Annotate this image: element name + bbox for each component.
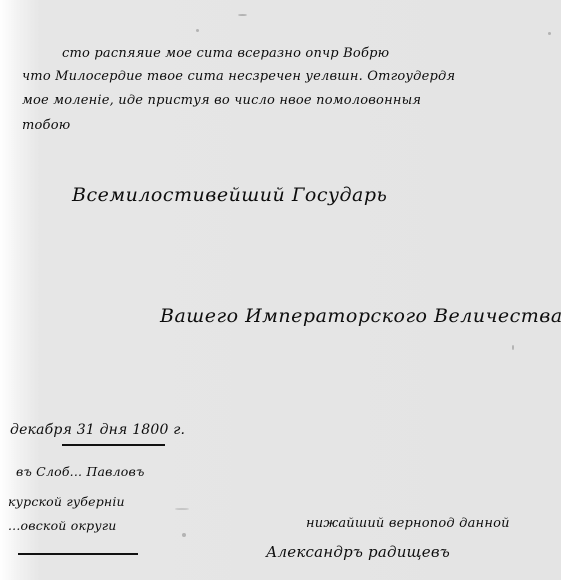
date-line: декабря 31 дня 1800 г. [10, 422, 185, 438]
date-underline [62, 444, 165, 446]
salutation: Всемилостивейший Государь [72, 184, 387, 206]
signature-line-1: нижайший вернопод данной [306, 516, 510, 531]
document-page: сто распяяие мое сита всеразно опчр Вобр… [0, 0, 561, 580]
place-line-3: ...овской округи [8, 518, 117, 533]
body-line-4: тобою [22, 118, 70, 133]
date-day: 31 дня [77, 422, 128, 438]
paper-speck [238, 14, 247, 16]
paper-speck [182, 533, 186, 537]
paper-speck [512, 345, 514, 350]
place-line-1: въ Слоб... Павловъ [16, 464, 144, 479]
paper-speck [175, 508, 189, 510]
date-month: декабря [10, 422, 72, 438]
body-line-3: мое моленіе, иде пристуя во число нвое п… [22, 93, 421, 108]
signature-line-2: Александръ радищевъ [266, 543, 450, 561]
place-underline [18, 553, 138, 555]
closing-title: Вашего Императорского Величества [160, 305, 561, 327]
paper-speck [548, 32, 551, 35]
date-year: 1800 г. [132, 422, 185, 438]
body-line-1: сто распяяие мое сита всеразно опчр Вобр… [62, 46, 389, 61]
paper-speck [196, 29, 199, 32]
body-line-2: что Милосердие твое сита несзречен уелвш… [22, 69, 455, 84]
place-line-2: курской губерніи [8, 494, 125, 509]
